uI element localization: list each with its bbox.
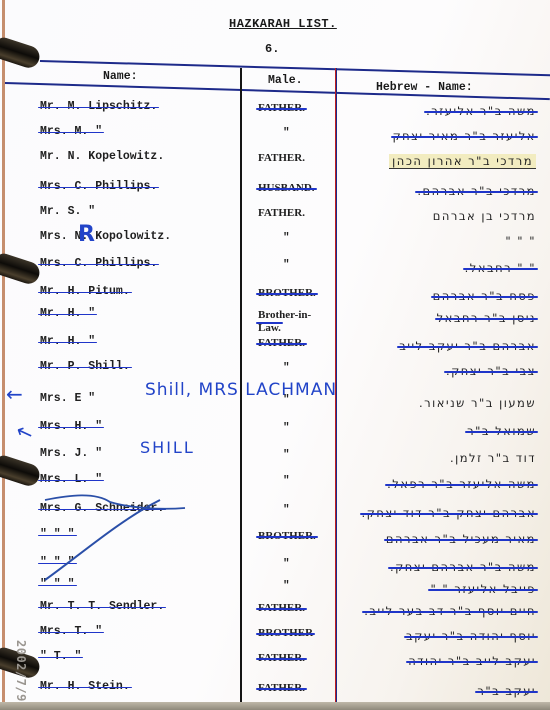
hebrew-text: מרדכי ב"ר אברהם. [417, 184, 536, 198]
hebrew-text: פסח ב"ר אברהם [433, 289, 536, 303]
row-hebrew-name: שמעון ב"ר שניאור. [419, 396, 536, 410]
row-relation: " [283, 127, 290, 139]
hebrew-text: יוסף יהודה ב"ר יעקב [406, 629, 536, 643]
row-hebrew-name: יוסף יהודה ב"ר יעקב [406, 629, 536, 643]
relation-text: " [283, 504, 290, 516]
hebrew-text: מאיר מעכיל ב"ר אברהם [386, 532, 536, 546]
row-name: Mr. N. Kopelowitz. [40, 150, 164, 163]
relation-text: " [283, 362, 290, 374]
hebrew-text: צבי ב"ר יצחק. [446, 364, 536, 378]
row-hebrew-name: אליעזר ב"ר מאיר יצחק [393, 129, 537, 143]
relation-text: BROTHER. [258, 530, 316, 542]
row-hebrew-name: פסח ב"ר אברהם [433, 289, 536, 303]
row-relation: BROTHER. [258, 287, 316, 299]
page-number: 6. [265, 42, 279, 56]
row-name: Mrs. L. " [40, 473, 102, 486]
row-hebrew-name: אברהם ב"ר יעקב לייב [399, 339, 536, 353]
row-name: Mrs. C. Phillips. [40, 257, 157, 270]
row-name: Mrs. J. " [40, 447, 102, 460]
row-relation: " [283, 422, 290, 434]
hebrew-text: מרדכי בן אברהם [433, 209, 536, 223]
row-hebrew-name: " " " [505, 234, 536, 248]
hebrew-text: שמעון ב"ר שניאור. [419, 396, 536, 410]
relation-text: FATHER. [258, 102, 305, 114]
binder-ring [0, 251, 42, 286]
row-relation: " [283, 259, 290, 271]
row-relation: " [283, 475, 290, 487]
row-name: Mr. T. T. Sendler. [40, 600, 164, 613]
handwritten-note: SHILL [140, 438, 195, 457]
relation-text: BROTHER [258, 627, 313, 639]
name-text: Mrs. L. " [40, 473, 102, 486]
column-header-name: Name: [103, 70, 138, 83]
name-text: Mrs. E " [40, 392, 95, 405]
hebrew-text: פייבל אליעזר " " [430, 582, 536, 596]
name-text: Mrs. M. " [40, 125, 102, 138]
relation-text: FATHER. [258, 682, 305, 694]
relation-text: FATHER. [258, 337, 305, 349]
row-name: Mr. S. " [40, 205, 95, 218]
name-text: Mrs. N. Kopolowitz. [40, 230, 171, 243]
name-text: Mr. H. " [40, 307, 95, 320]
name-text: Mrs. H. " [40, 420, 102, 433]
hebrew-text: חיים יוסף ב"ר דב בער לייב. [364, 604, 536, 618]
name-text: " T. " [40, 650, 81, 663]
row-name: Mr. P. Shill. [40, 360, 130, 373]
row-relation: FATHER. [258, 682, 305, 694]
name-text: Mr. H. " [40, 335, 95, 348]
row-relation: " [283, 362, 290, 374]
row-hebrew-name: יעקב ב"ר [477, 684, 536, 698]
name-text: Mrs. T. " [40, 625, 102, 638]
row-name: " T. " [40, 650, 81, 663]
row-name: Mr. H. Stein. [40, 680, 130, 693]
row-hebrew-name: מרדכי ב"ר אהרון הכהן [389, 154, 536, 168]
handwritten-initial: R [78, 222, 95, 247]
row-hebrew-name: משה ב"ר אברהם יצחק. [390, 560, 536, 574]
name-text: Mr. H. Pitum. [40, 285, 130, 298]
binder-ring [0, 453, 42, 488]
relation-text: " [283, 475, 290, 487]
hebrew-text: שמואל ב"ר [467, 424, 536, 438]
name-text: Mrs. C. Phillips. [40, 180, 157, 193]
hebrew-text: דוד ב"ר זלמן. [450, 451, 536, 465]
name-text: " " " [40, 556, 75, 569]
row-hebrew-name: משה ב"ר אליעזר. [426, 104, 536, 118]
relation-text: FATHER. [258, 152, 305, 164]
name-text: Mr. T. T. Sendler. [40, 600, 164, 613]
row-name: Mrs. N. Kopolowitz. [40, 230, 171, 243]
name-text: Mr. P. Shill. [40, 360, 130, 373]
date-stamp: 2002/7/9 [14, 640, 28, 702]
row-relation: FATHER. [258, 337, 305, 349]
column-header-male: Male. [268, 74, 303, 87]
row-name: Mrs. G. Schneider. [40, 502, 164, 515]
row-name: Mr. M. Lipschitz. [40, 100, 157, 113]
relation-text: " [283, 127, 290, 139]
row-hebrew-name: שמואל ב"ר [467, 424, 536, 438]
hebrew-text: יעקב ב"ר [477, 684, 536, 698]
hebrew-text: יעקב לייב ב"ר יהודה [408, 654, 536, 668]
row-name: Mrs. H. " [40, 420, 102, 433]
row-hebrew-name: משה אליעזר ב"ר רפאל. [387, 477, 536, 491]
row-relation: FATHER. [258, 207, 305, 219]
relation-text: " [283, 259, 290, 271]
document-title: HAZKARAH LIST. [229, 17, 337, 31]
relation-text: BROTHER. [258, 287, 316, 299]
relation-text: FATHER. [258, 652, 305, 664]
row-hebrew-name: מאיר מעכיל ב"ר אברהם [386, 532, 536, 546]
relation-text: " [283, 232, 290, 244]
row-name: " " " [40, 556, 75, 569]
row-hebrew-name: חיים יוסף ב"ר דב בער לייב. [364, 604, 536, 618]
page-bottom-edge [0, 702, 550, 710]
row-hebrew-name: פייבל אליעזר " " [430, 582, 536, 596]
row-name: Mrs. E " [40, 392, 95, 405]
column-header-hebrew: Hebrew - Name: [376, 81, 473, 94]
relation-text: " [283, 580, 290, 592]
row-relation: " [283, 558, 290, 570]
row-relation: " [283, 232, 290, 244]
name-text: Mr. M. Lipschitz. [40, 100, 157, 113]
row-relation: BROTHER [258, 627, 313, 639]
hebrew-text: ניסן ב"ר רחבאל [437, 311, 536, 325]
name-text: Mrs. J. " [40, 447, 102, 460]
hebrew-text: אברהם ב"ר יעקב לייב [399, 339, 536, 353]
handwritten-note: Shill, MRS LACHMAN [145, 380, 337, 400]
relation-text: " [283, 558, 290, 570]
document-page: HAZKARAH LIST. 6. Name: Male. Hebrew - N… [0, 0, 550, 710]
hebrew-text: אברהם יצחק ב"ר דוד יצחק. [362, 506, 537, 520]
row-hebrew-name: יעקב לייב ב"ר יהודה [408, 654, 536, 668]
relation-text: " [283, 449, 290, 461]
row-relation: Brother-in-Law. [258, 309, 318, 335]
binder-ring [0, 35, 42, 70]
row-relation: FATHER. [258, 152, 305, 164]
row-relation: FATHER. [258, 102, 305, 114]
hebrew-text: אליעזר ב"ר מאיר יצחק [393, 129, 537, 143]
row-name: " " " [40, 528, 75, 541]
name-text: Mr. S. " [40, 205, 95, 218]
row-name: Mrs. M. " [40, 125, 102, 138]
name-text: " " " [40, 528, 75, 541]
row-hebrew-name: מרדכי בן אברהם [433, 209, 536, 223]
row-relation: HUSBAND. [258, 182, 315, 194]
row-name: Mr. H. Pitum. [40, 285, 130, 298]
name-text: Mr. N. Kopelowitz. [40, 150, 164, 163]
relation-text: Brother-in-Law. [258, 309, 311, 334]
row-name: Mr. H. " [40, 307, 95, 320]
name-text: " " " [40, 578, 75, 591]
left-arrow-icon: ↖ [12, 418, 36, 446]
hebrew-text: משה אליעזר ב"ר רפאל. [387, 477, 536, 491]
hebrew-text: " " " [505, 234, 536, 248]
row-hebrew-name: מרדכי ב"ר אברהם. [417, 184, 536, 198]
row-hebrew-name: " " רחבאל. [465, 261, 536, 275]
row-hebrew-name: צבי ב"ר יצחק. [446, 364, 536, 378]
row-relation: " [283, 504, 290, 516]
row-hebrew-name: דוד ב"ר זלמן. [450, 451, 536, 465]
row-hebrew-name: ניסן ב"ר רחבאל [437, 311, 536, 325]
binder-edge [2, 0, 5, 710]
row-name: Mrs. T. " [40, 625, 102, 638]
row-name: Mr. H. " [40, 335, 95, 348]
row-hebrew-name: אברהם יצחק ב"ר דוד יצחק. [362, 506, 537, 520]
relation-text: FATHER. [258, 602, 305, 614]
name-text: Mr. H. Stein. [40, 680, 130, 693]
row-relation: BROTHER. [258, 530, 316, 542]
name-text: Mrs. G. Schneider. [40, 502, 164, 515]
row-name: Mrs. C. Phillips. [40, 180, 157, 193]
hebrew-text: מרדכי ב"ר אהרון הכהן [389, 154, 536, 169]
row-name: " " " [40, 578, 75, 591]
left-arrow-icon: ← [6, 382, 23, 406]
relation-text: " [283, 422, 290, 434]
row-relation: FATHER. [258, 652, 305, 664]
hebrew-text: משה ב"ר אברהם יצחק. [390, 560, 536, 574]
hebrew-text: " " רחבאל. [465, 261, 536, 275]
name-text: Mrs. C. Phillips. [40, 257, 157, 270]
hebrew-text: משה ב"ר אליעזר. [426, 104, 536, 118]
relation-text: FATHER. [258, 207, 305, 219]
row-relation: FATHER. [258, 602, 305, 614]
row-relation: " [283, 580, 290, 592]
row-relation: " [283, 449, 290, 461]
relation-text: HUSBAND. [258, 182, 315, 194]
